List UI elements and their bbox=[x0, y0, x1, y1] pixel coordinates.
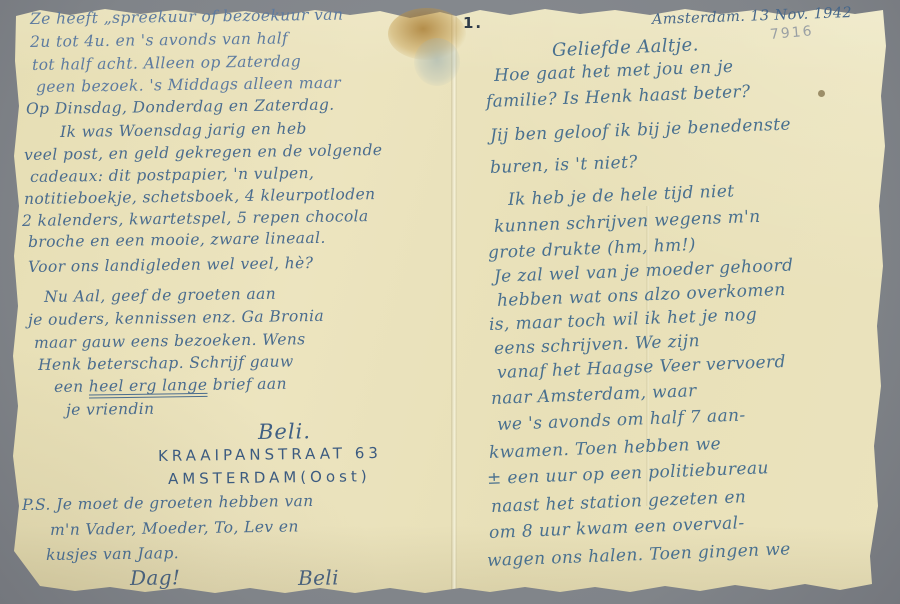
underline-post-text: brief aan bbox=[207, 375, 287, 394]
postscript-line: m'n Vader, Moeder, To, Lev en bbox=[50, 518, 299, 539]
postscript-line: kusjes van Jaap. bbox=[46, 544, 179, 564]
scanned-letter-scene: Ze heeft „spreekuur of bezoekuur van 2u … bbox=[0, 0, 900, 604]
handwriting-line: Henk beterschap. Schrijf gauw bbox=[38, 352, 294, 374]
address-street: KRAAIPANSTRAAT 63 bbox=[158, 444, 382, 465]
page-number: 1. bbox=[463, 14, 483, 32]
handwriting-line: tot half acht. Alleen op Zaterdag bbox=[32, 52, 301, 74]
handwriting-line: Nu Aal, geef de groeten aan bbox=[44, 285, 276, 306]
faded-ink-blotch bbox=[414, 38, 460, 86]
double-underlined-text: heel erg lange bbox=[89, 376, 208, 396]
signature: Beli. bbox=[258, 419, 311, 444]
handwriting-line: maar gauw eens bezoeken. Wens bbox=[34, 330, 306, 352]
underline-pre-text: een bbox=[54, 378, 89, 396]
handwriting-line: je vriendin bbox=[66, 400, 155, 419]
handwriting-line: 2u tot 4u. en 's avonds van half bbox=[30, 29, 288, 51]
address-city: AMSTERDAM(Oost) bbox=[168, 467, 371, 488]
farewell-signature: Beli bbox=[298, 565, 339, 590]
handwriting-line: Ik was Woensdag jarig en heb bbox=[60, 120, 307, 141]
small-stain-spot bbox=[818, 90, 825, 97]
handwriting-line-underlined: een heel erg lange brief aan bbox=[54, 375, 287, 396]
farewell: Dag! bbox=[130, 565, 181, 590]
